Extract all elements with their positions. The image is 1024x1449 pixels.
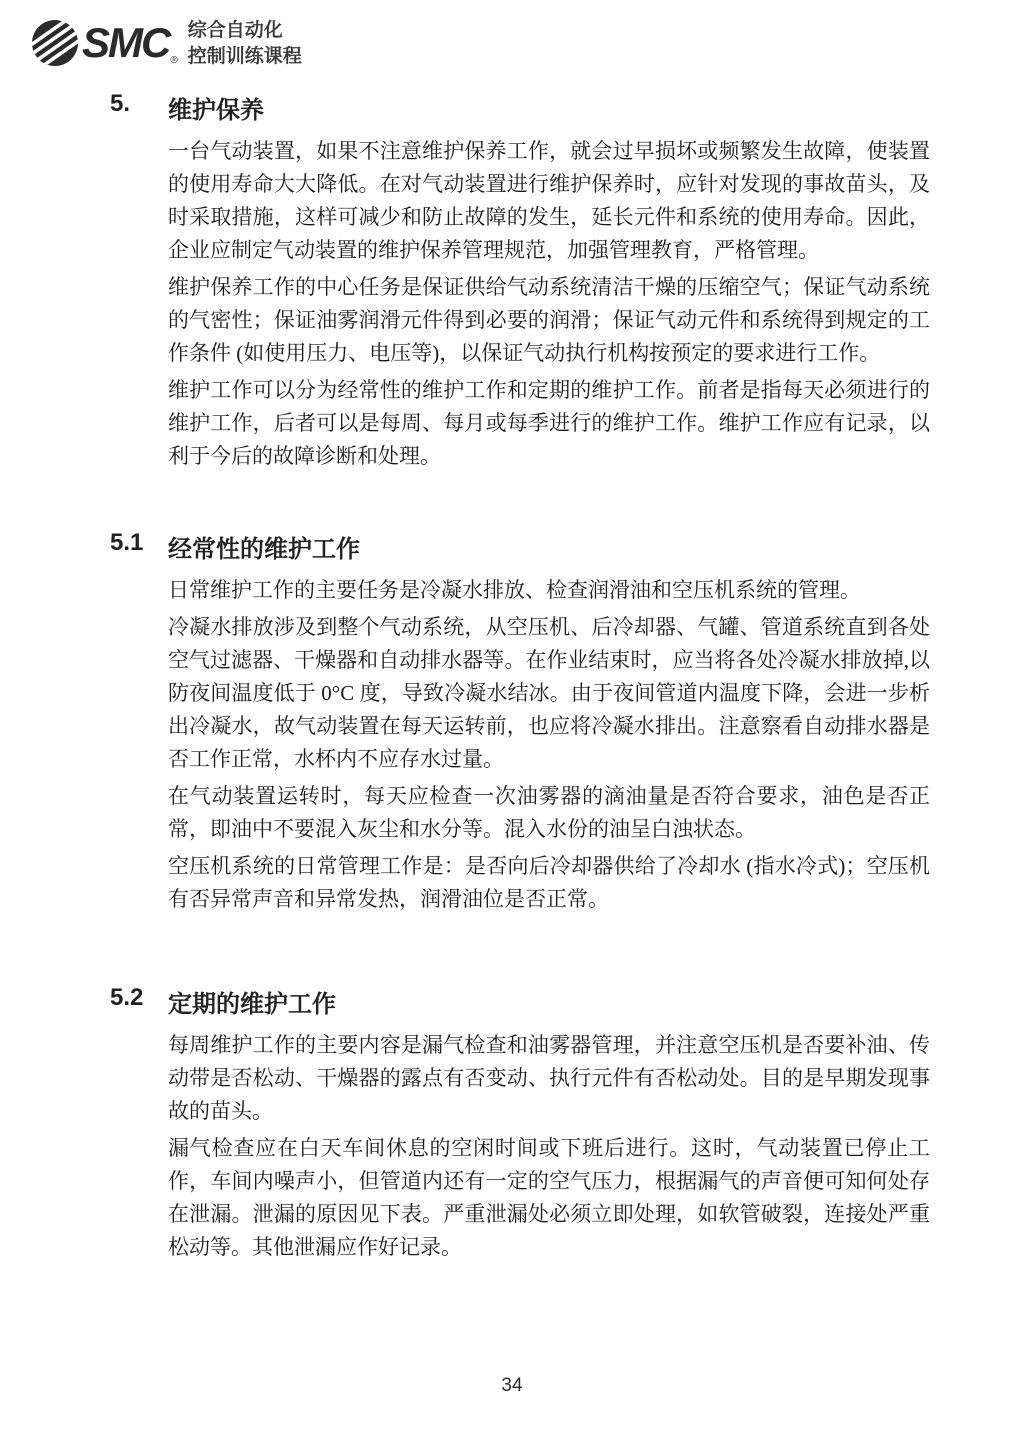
smc-logo: SMC ® 综合自动化 控制训练课程 [30,16,302,70]
section-title: 定期的维护工作 [168,984,336,1019]
section-number: 5.2 [110,984,168,1019]
section-5-1-routine-maintenance: 5.1 经常性的维护工作 日常维护工作的主要任务是冷凝水排放、检查润滑油和空压机… [0,529,1024,916]
section-heading: 5. 维护保养 [0,90,1024,125]
section-number: 5.1 [110,529,168,564]
section-5-maintenance: 5. 维护保养 一台气动装置，如果不注意维护保养工作，就会过早损坏或频繁发生故障… [0,90,1024,473]
registered-trademark-symbol: ® [170,55,177,66]
section-title: 维护保养 [168,90,264,125]
section-5-2-periodic-maintenance: 5.2 定期的维护工作 每周维护工作的主要内容是漏气检查和油雾器管理，并注意空压… [0,984,1024,1264]
section-heading: 5.1 经常性的维护工作 [0,529,1024,564]
paragraph: 每周维护工作的主要内容是漏气检查和油雾器管理，并注意空压机是否要补油、传动带是否… [168,1029,930,1128]
section-text: 每周维护工作的主要内容是漏气检查和油雾器管理，并注意空压机是否要补油、传动带是否… [168,1029,930,1264]
logo-tagline: 综合自动化 控制训练课程 [188,16,302,70]
page-footer: 34 [0,1375,1024,1397]
section-heading: 5.2 定期的维护工作 [0,984,1024,1019]
section-title: 经常性的维护工作 [168,529,360,564]
paragraph: 维护保养工作的中心任务是保证供给气动系统清洁干燥的压缩空气；保证气动系统的气密性… [168,271,930,370]
header: SMC ® 综合自动化 控制训练课程 [0,0,1024,74]
paragraph: 日常维护工作的主要任务是冷凝水排放、检查润滑油和空压机系统的管理。 [168,574,930,607]
document-page: SMC ® 综合自动化 控制训练课程 5. 维护保养 一台气动装置，如果不注意维… [0,0,1024,1449]
smc-logo-wordmark: SMC [82,18,169,68]
document-body: 5. 维护保养 一台气动装置，如果不注意维护保养工作，就会过早损坏或频繁发生故障… [0,90,1024,1264]
logo-tagline-line2: 控制训练课程 [188,44,302,70]
logo-tagline-line1: 综合自动化 [188,18,302,44]
paragraph: 在气动装置运转时，每天应检查一次油雾器的滴油量是否符合要求，油色是否正常，即油中… [168,780,930,846]
section-text: 一台气动装置，如果不注意维护保养工作，就会过早损坏或频繁发生故障，使装置的使用寿… [168,135,930,473]
paragraph: 一台气动装置，如果不注意维护保养工作，就会过早损坏或频繁发生故障，使装置的使用寿… [168,135,930,267]
paragraph: 维护工作可以分为经常性的维护工作和定期的维护工作。前者是指每天必须进行的维护工作… [168,374,930,473]
paragraph: 空压机系统的日常管理工作是：是否向后冷却器供给了冷却水 (指水冷式)；空压机有否… [168,850,930,916]
page-number: 34 [501,1375,522,1396]
smc-globe-icon [30,18,80,68]
paragraph: 冷凝水排放涉及到整个气动系统，从空压机、后冷却器、气罐、管道系统直到各处空气过滤… [168,611,930,776]
section-text: 日常维护工作的主要任务是冷凝水排放、检查润滑油和空压机系统的管理。 冷凝水排放涉… [168,574,930,916]
section-number: 5. [110,90,168,125]
paragraph: 漏气检查应在白天车间休息的空闲时间或下班后进行。这时，气动装置已停止工作，车间内… [168,1132,930,1264]
